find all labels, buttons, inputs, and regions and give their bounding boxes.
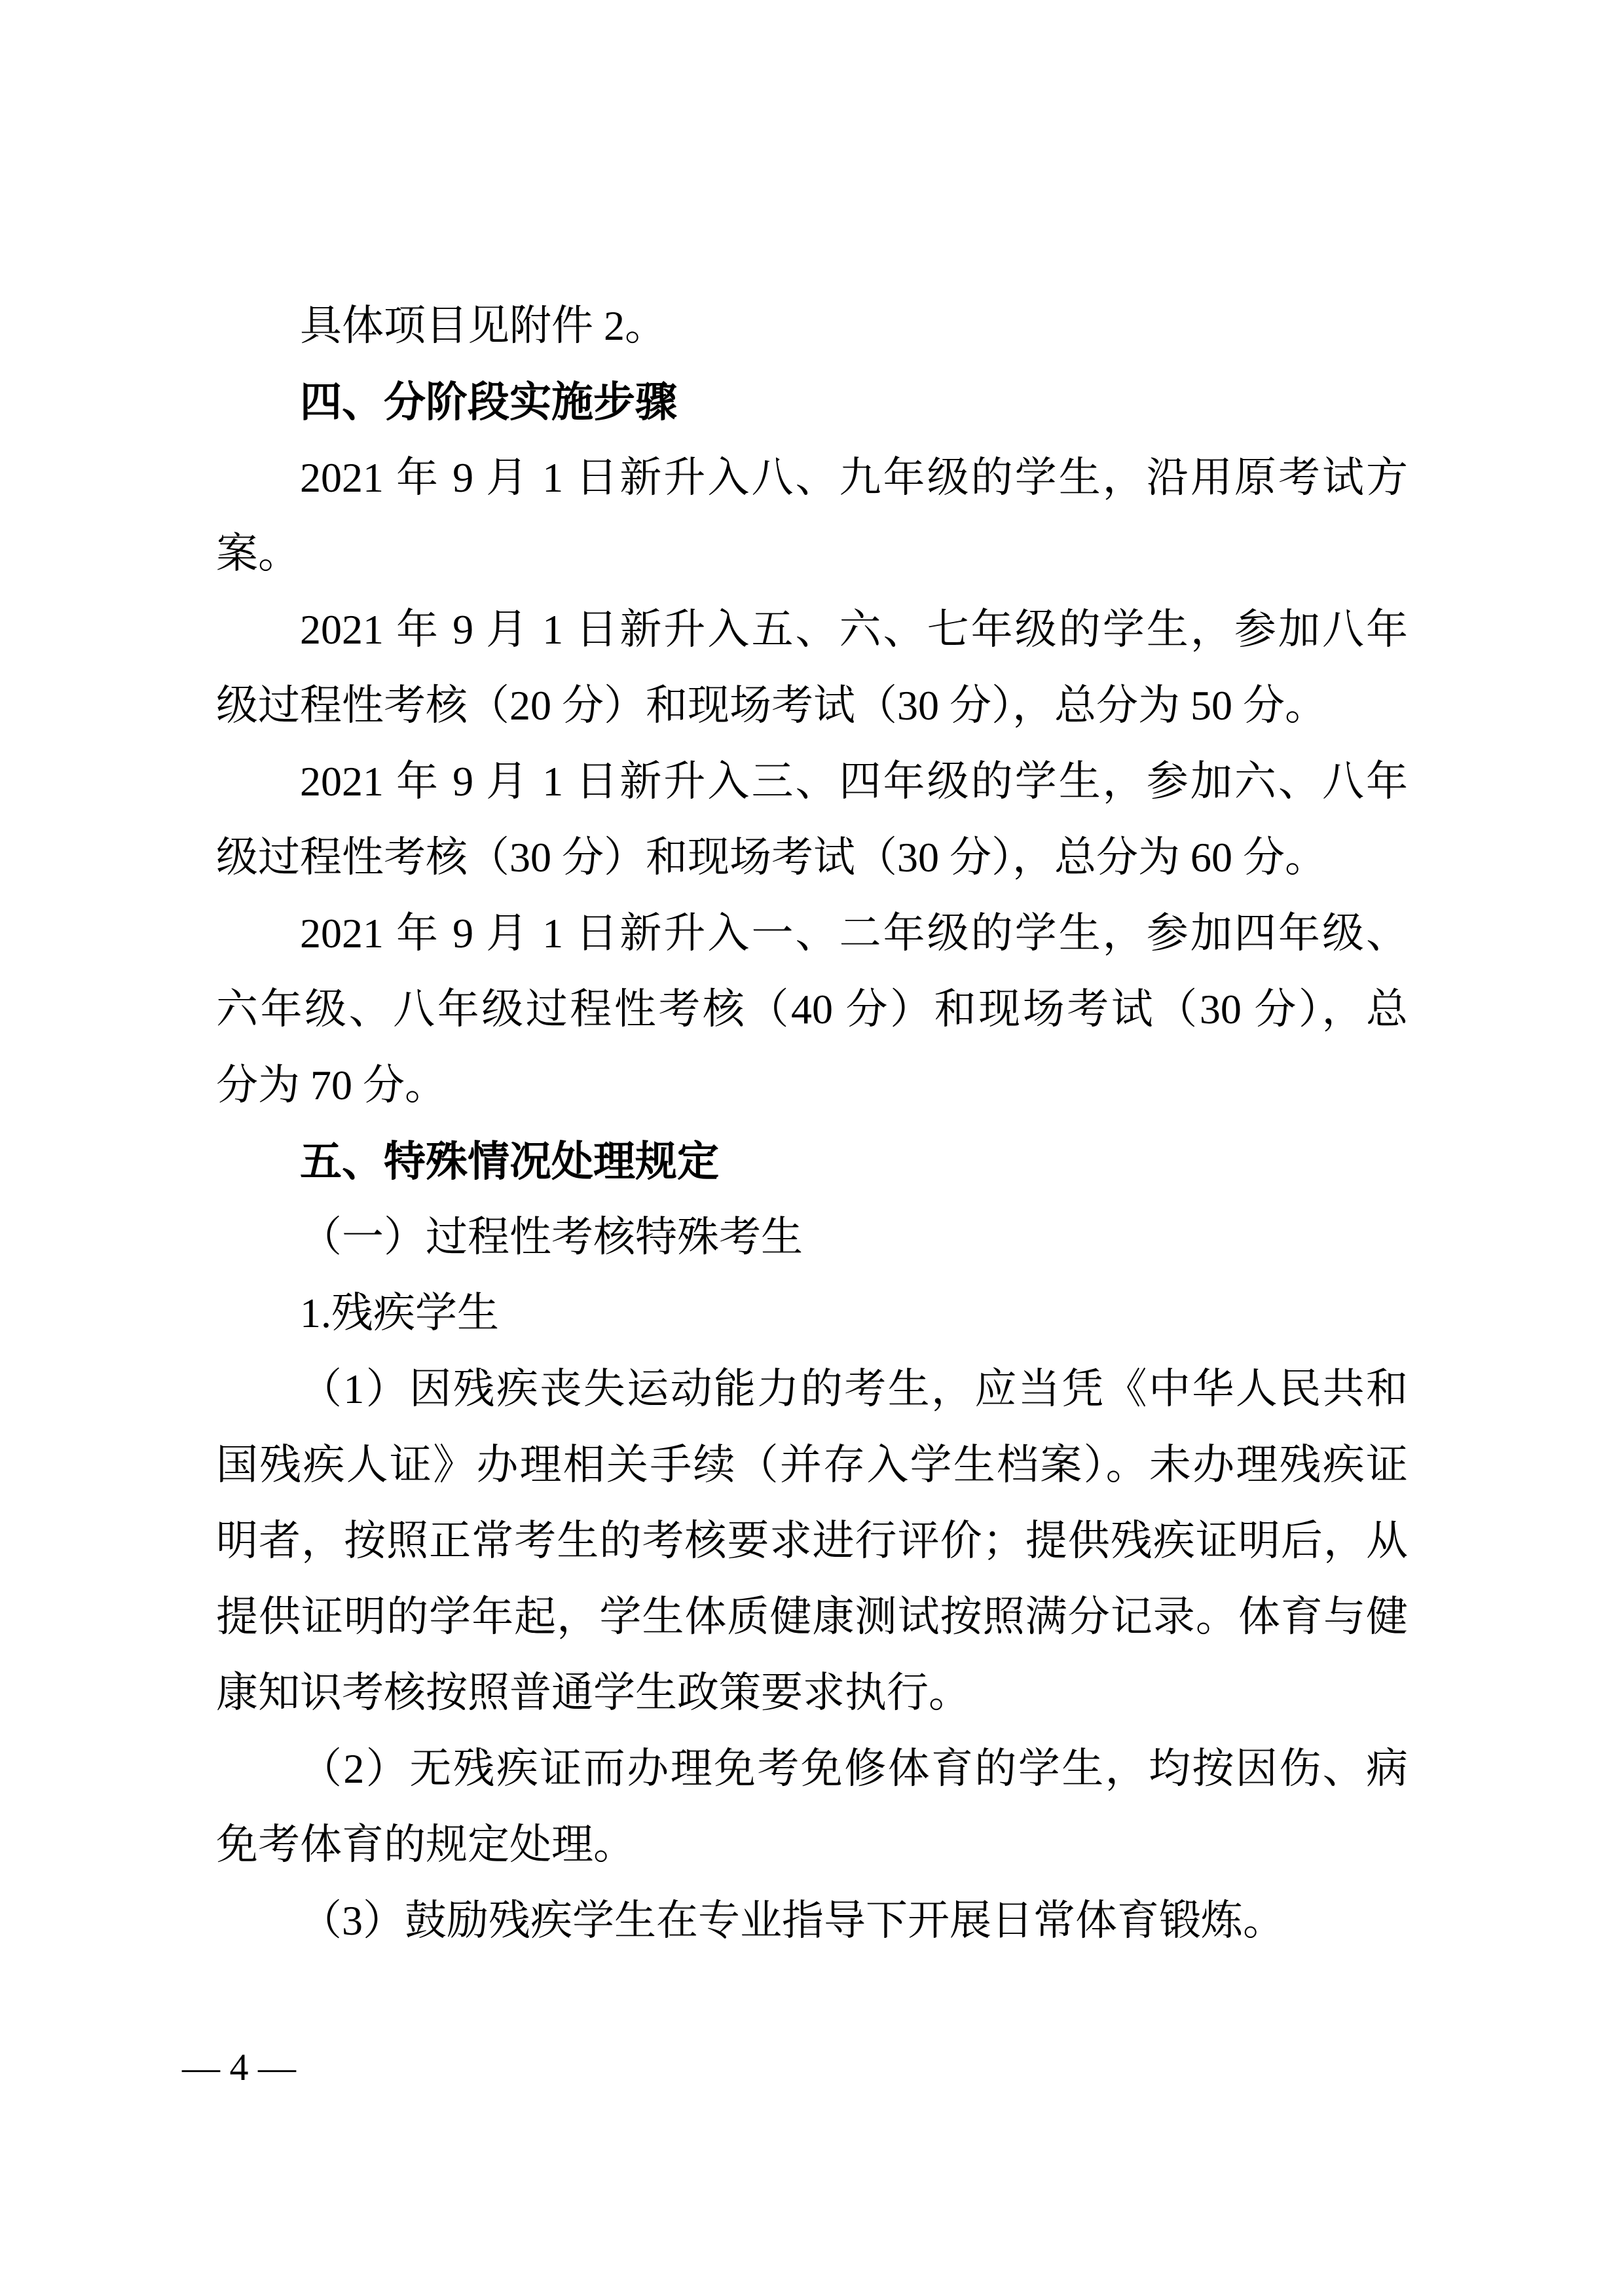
body-line: 2021 年 9 月 1 日新升入一、二年级的学生，参加四年级、 [216,896,1408,972]
body-line: 级过程性考核（20 分）和现场考试（30 分），总分为 50 分。 [216,668,1408,744]
body-line: 明者，按照正常考生的考核要求进行评价；提供残疾证明后，从 [216,1503,1408,1579]
body-line: 级过程性考核（30 分）和现场考试（30 分），总分为 60 分。 [216,820,1408,896]
body-line: 国残疾人证》办理相关手续（并存入学生档案）。未办理残疾证 [216,1427,1408,1503]
document-body: 具体项目见附件 2。 四、分阶段实施步骤 2021 年 9 月 1 日新升入八、… [216,288,1408,1959]
section-heading: 四、分阶段实施步骤 [216,364,1408,440]
body-line: （3）鼓励残疾学生在专业指导下开展日常体育锻炼。 [216,1883,1408,1959]
body-line: 1.残疾学生 [216,1275,1408,1351]
body-line: 案。 [216,516,1408,592]
body-line: 六年级、八年级过程性考核（40 分）和现场考试（30 分），总 [216,972,1408,1048]
document-page: 具体项目见附件 2。 四、分阶段实施步骤 2021 年 9 月 1 日新升入八、… [0,0,1624,2296]
body-line: 提供证明的学年起，学生体质健康测试按照满分记录。体育与健 [216,1579,1408,1655]
body-line: 免考体育的规定处理。 [216,1807,1408,1883]
body-line: 2021 年 9 月 1 日新升入八、九年级的学生，沿用原考试方 [216,440,1408,516]
body-line: 分为 70 分。 [216,1048,1408,1123]
body-line: 康知识考核按照普通学生政策要求执行。 [216,1655,1408,1731]
body-line: （1）因残疾丧失运动能力的考生，应当凭《中华人民共和 [216,1351,1408,1427]
subsection-heading: （一）过程性考核特殊考生 [216,1199,1408,1275]
body-line: 具体项目见附件 2。 [216,288,1408,364]
page-number: — 4 — [182,2048,296,2087]
body-line: （2）无残疾证而办理免考免修体育的学生，均按因伤、病 [216,1731,1408,1807]
body-line: 2021 年 9 月 1 日新升入五、六、七年级的学生，参加八年 [216,592,1408,668]
body-line: 2021 年 9 月 1 日新升入三、四年级的学生，参加六、八年 [216,744,1408,820]
section-heading: 五、特殊情况处理规定 [216,1123,1408,1199]
